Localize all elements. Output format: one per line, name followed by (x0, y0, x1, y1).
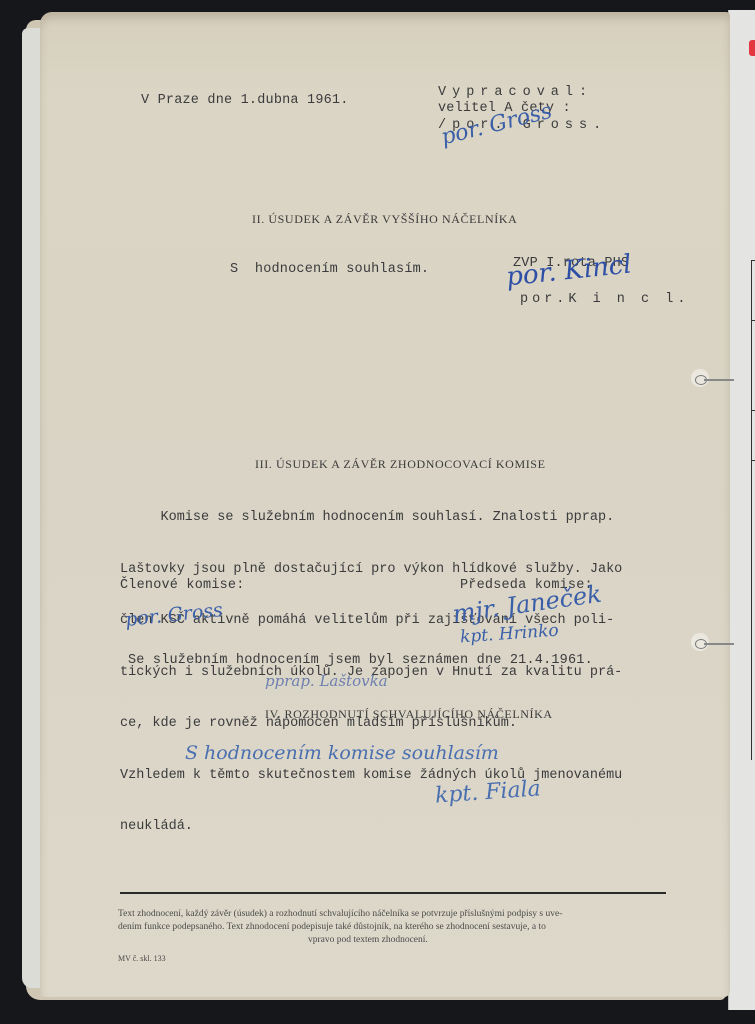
section-3-heading: III. ÚSUDEK A ZÁVĚR ZHODNOCOVACÍ KOMISE (255, 457, 546, 472)
red-tab-marker (749, 40, 755, 56)
document-page: V Praze dne 1.dubna 1961. Vypracoval: ve… (40, 12, 730, 997)
binder-ring-bottom (695, 639, 735, 649)
committee-members-label: Členové komise: (120, 578, 245, 593)
form-code: MV č. skl. 133 (118, 952, 166, 965)
footnote-line: dením funkce podepsaného. Text zhnodocen… (118, 921, 546, 934)
prepared-by-label: Vypracoval: (438, 85, 593, 100)
binder-ring-top (695, 375, 735, 385)
section-2-heading: II. ÚSUDEK A ZÁVĚR VYŠŠÍHO NÁČELNÍKA (252, 212, 517, 227)
right-sheet-edge (728, 10, 755, 1010)
footnote-line: Text zhodnocení, každý závěr (úsudek) a … (118, 908, 562, 921)
acknowledgement-text: Se služebním hodnocením jsem byl seznáme… (128, 653, 593, 668)
form-grid-edge (751, 260, 755, 760)
approval-decision-handwritten: S hodnocením komise souhlasím (185, 742, 499, 764)
paragraph-line: Komise se služebním hodnocením souhlasí.… (120, 510, 622, 526)
section-2-statement: S hodnocením souhlasím. (230, 262, 429, 277)
acknowledgement-signature: pprap. Laštovka (265, 672, 388, 690)
place-date: V Praze dne 1.dubna 1961. (141, 93, 349, 108)
paragraph-line: neukládá. (120, 819, 622, 835)
paragraph-line: Laštovky jsou plně dostačující pro výkon… (120, 562, 622, 578)
section-2-signer-name: por.K i n c l. (520, 292, 689, 307)
paragraph-line: Vzhledem k těmto skutečnostem komise žád… (120, 768, 622, 784)
section-4-heading: IV. ROZHODNUTÍ SCHVALUJÍCÍHO NÁČELNÍKA (265, 707, 553, 722)
footnote-line: vpravo pod textem zhodnocení. (308, 934, 428, 947)
footer-rule (120, 892, 666, 894)
